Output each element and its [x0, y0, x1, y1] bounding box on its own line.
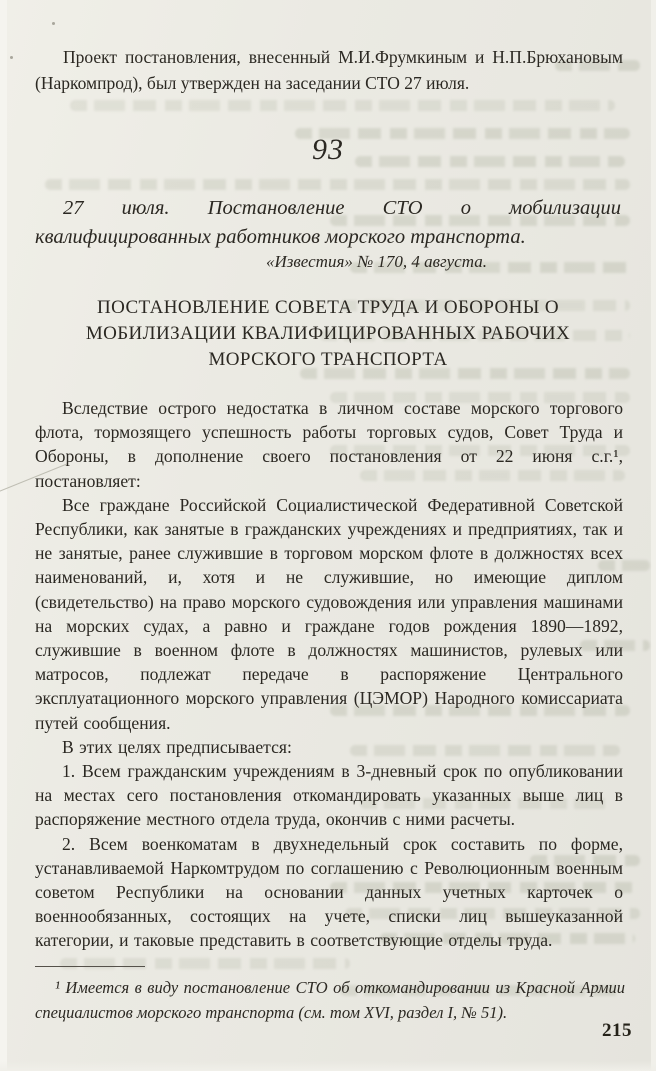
paragraph: Вследствие острого недостатка в личном с…	[35, 396, 623, 493]
bleedthrough-line	[70, 100, 615, 111]
decree-body: Вследствие острого недостатка в личном с…	[35, 396, 623, 962]
decree-heading: ПОСТАНОВЛЕНИЕ СОВЕТА ТРУДА И ОБОРОНЫ О М…	[48, 295, 608, 373]
scanned-book-page: Проект постановления, внесенный М.И.Фрум…	[0, 0, 656, 1071]
document-number: 93	[0, 133, 656, 167]
scan-speckle	[52, 22, 55, 25]
page-number: 215	[602, 1020, 632, 1042]
scan-edge-bottom	[0, 1061, 656, 1071]
footnote: ¹ Имеется в виду постановление СТО об от…	[35, 975, 625, 1025]
document-title: 27 июля. Постановление СТО о мобилизации…	[35, 194, 621, 252]
publication-source: «Известия» № 170, 4 августа.	[35, 252, 622, 272]
paragraph: В этих целях предписывается:	[35, 735, 623, 759]
footnote-divider	[35, 966, 145, 967]
editorial-note: Проект постановления, внесенный М.И.Фрум…	[35, 44, 623, 96]
paragraph: Все граждане Российской Социалистической…	[35, 493, 623, 735]
numbered-item-2: 2. Всем военкоматам в двухнедельный срок…	[35, 832, 623, 953]
bleedthrough-line	[45, 179, 630, 190]
scan-speckle	[10, 56, 13, 59]
numbered-item-1: 1. Всем гражданским учреждениям в 3-днев…	[35, 759, 623, 832]
